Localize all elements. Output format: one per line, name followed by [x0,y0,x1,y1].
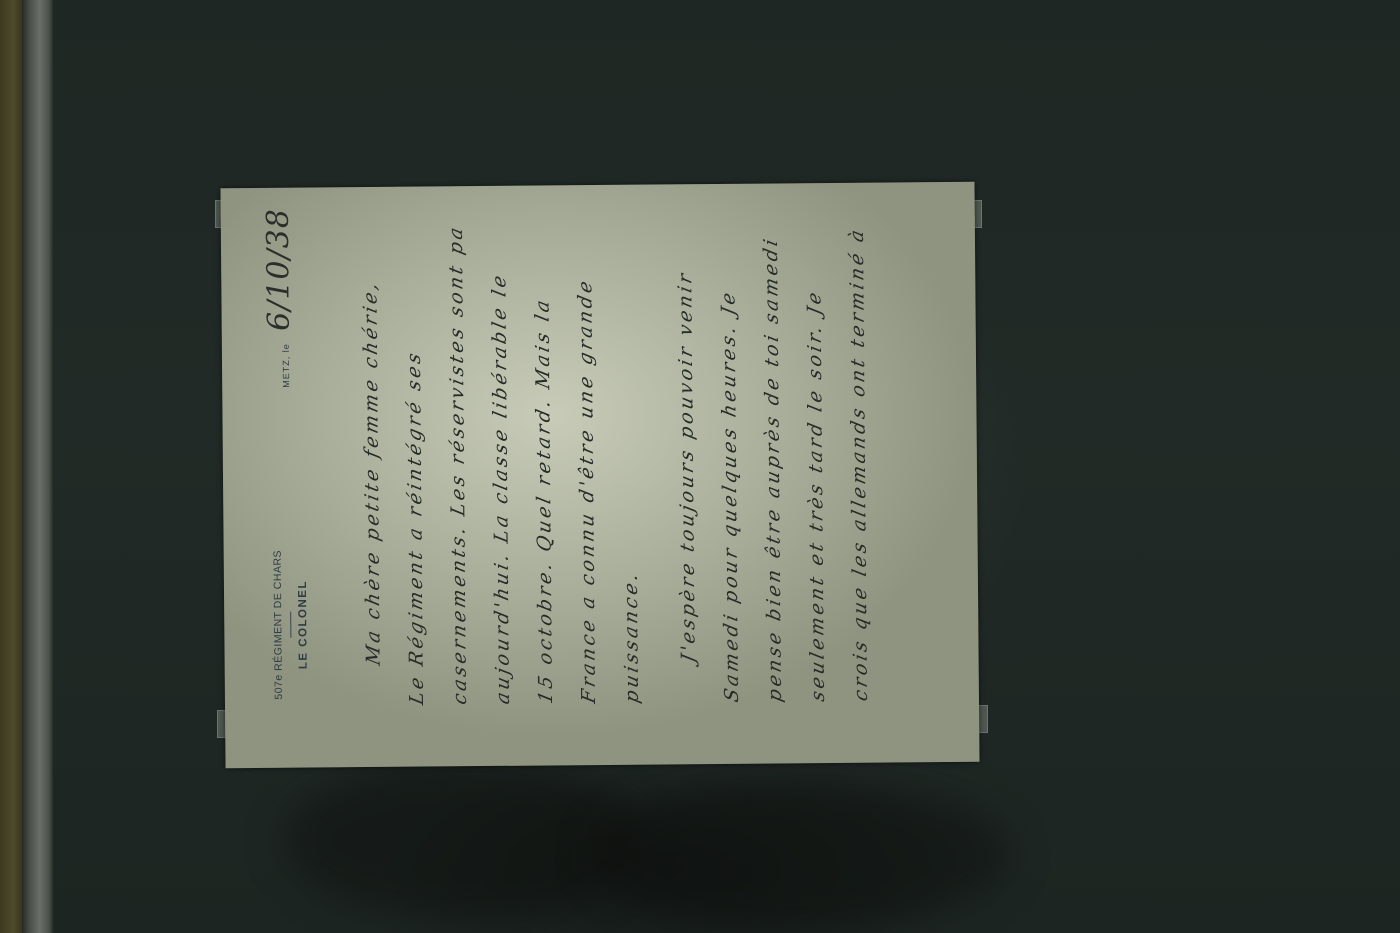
handwritten-line: seulement et très tard le soir. Je [793,217,840,706]
frame-metal-edge [22,0,54,933]
handwritten-line: pense bien être auprès de toi samedi [750,217,797,706]
handwritten-line: Le Régiment a réintégré ses [392,220,439,709]
letter-body: Ma chère petite femme chérie, Le Régimen… [349,221,883,706]
shadow [282,760,642,920]
handwritten-line: casernements. Les réservistes sont parti… [435,220,482,709]
letter-paper: 507e RÉGIMENT DE CHARS LE COLONEL METZ, … [220,182,979,769]
place-date: METZ, le 6/10/38 [261,208,298,388]
handwritten-line: Samedi pour quelques heures. Je [707,217,754,706]
handwritten-line: crois que les allemands ont terminé à [836,216,883,705]
handwritten-line: aujourd'hui. La classe libérable le [478,219,525,708]
letterhead-regiment: 507e RÉGIMENT DE CHARS [271,530,285,720]
letter-content: 507e RÉGIMENT DE CHARS LE COLONEL METZ, … [220,182,979,769]
handwritten-line: J'espère toujours pouvoir venir [664,218,711,707]
handwritten-line: puissance. [607,218,654,707]
handwritten-line: Ma chère petite femme chérie, [349,221,396,710]
shadow [592,780,1012,930]
letterhead-title: LE COLONEL [296,530,310,720]
place-label: METZ, le [281,343,291,388]
frame-wood-edge [0,0,22,933]
letterhead-divider [290,612,291,638]
letter-date: 6/10/38 [261,208,297,331]
handwritten-line: France a connu d'être une grande [564,219,611,708]
handwritten-line: 15 octobre. Quel retard. Mais la [521,219,568,708]
letterhead: 507e RÉGIMENT DE CHARS LE COLONEL [271,530,310,720]
